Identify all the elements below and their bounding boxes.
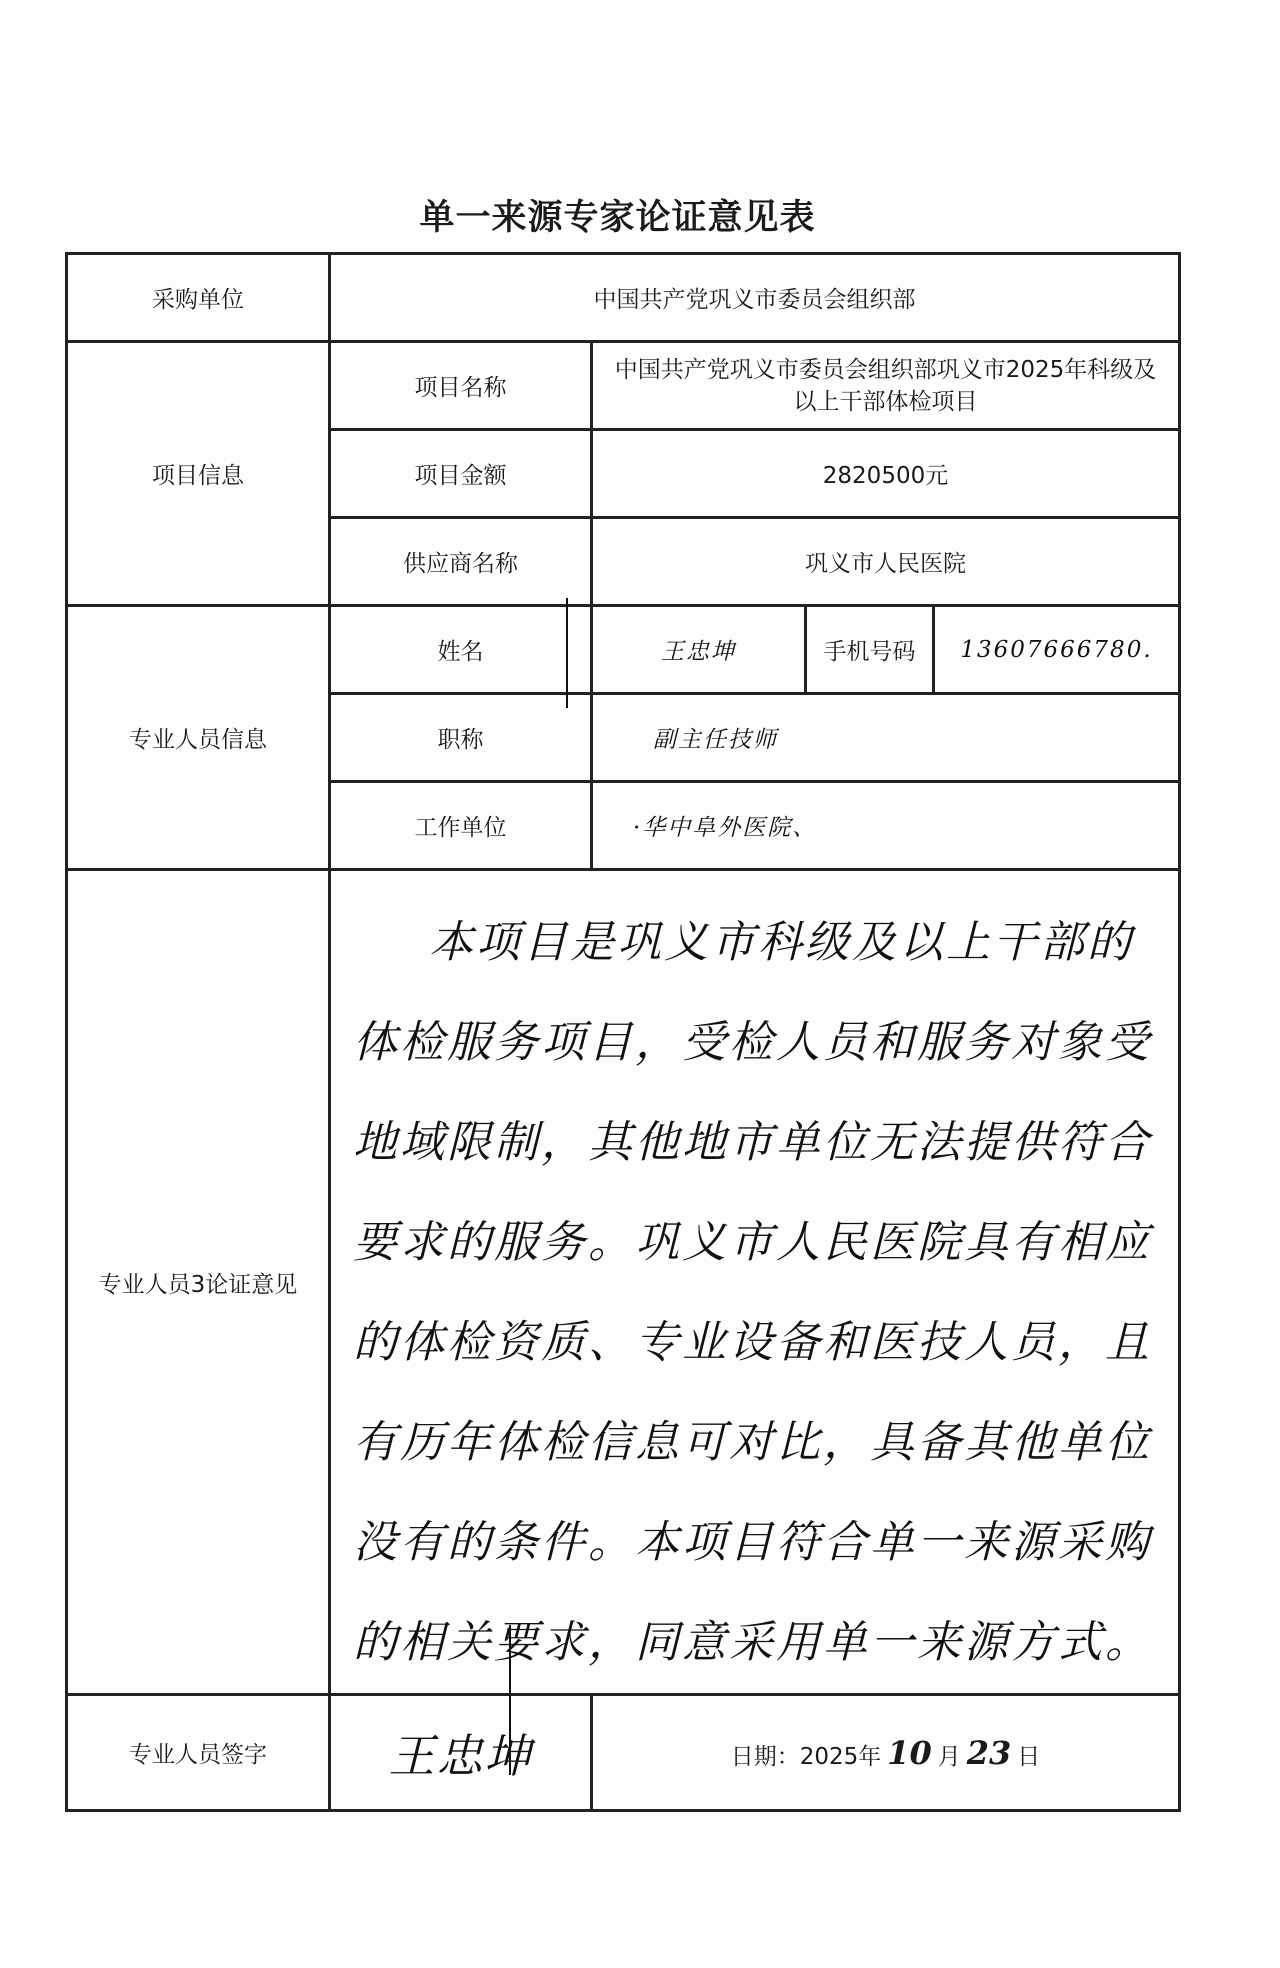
employer-label: 工作单位 — [330, 782, 592, 870]
supplier-value: 巩义市人民医院 — [592, 518, 1180, 606]
procurement-unit-label: 采购单位 — [67, 254, 330, 342]
row-expert-name: 专业人员信息 姓名 王忠坤 手机号码 13607666780. — [67, 606, 1180, 694]
supplier-label: 供应商名称 — [330, 518, 592, 606]
expert-title-label: 职称 — [330, 694, 592, 782]
signature-label: 专业人员签字 — [67, 1695, 330, 1811]
row-project-name: 项目信息 项目名称 中国共产党巩义市委员会组织部巩义市2025年科级及以上干部体… — [67, 342, 1180, 430]
signature-date: 日期：2025年10月23日 — [592, 1695, 1180, 1811]
expert-info-label: 专业人员信息 — [67, 606, 330, 870]
signature-handwritten: 王忠坤 — [330, 1695, 592, 1811]
row-signature: 专业人员签字 王忠坤 日期：2025年10月23日 — [67, 1695, 1180, 1811]
project-name-value: 中国共产党巩义市委员会组织部巩义市2025年科级及以上干部体检项目 — [592, 342, 1180, 430]
employer-handwritten: ·华中阜外医院、 — [592, 782, 1180, 870]
signature-pen-stroke — [509, 1625, 511, 1775]
phone-handwritten: 13607666780. — [934, 606, 1180, 694]
name-pen-stroke — [566, 598, 568, 708]
opinion-handwritten-text: 本项目是巩义市科级及以上干部的体检服务项目，受检人员和服务对象受地域限制，其他地… — [331, 871, 1178, 1693]
project-info-label: 项目信息 — [67, 342, 330, 606]
opinion-label: 专业人员3论证意见 — [67, 870, 330, 1695]
page-title: 单一来源专家论证意见表 — [0, 190, 1235, 240]
project-amount-value: 2820500元 — [592, 430, 1180, 518]
date-month-suffix: 月 — [938, 1744, 961, 1770]
project-name-label: 项目名称 — [330, 342, 592, 430]
expert-opinion-form: 采购单位 中国共产党巩义市委员会组织部 项目信息 项目名称 中国共产党巩义市委员… — [65, 252, 1181, 1812]
date-prefix: 日期：2025年 — [731, 1744, 882, 1770]
row-procurement-unit: 采购单位 中国共产党巩义市委员会组织部 — [67, 254, 1180, 342]
expert-name-handwritten: 王忠坤 — [592, 606, 806, 694]
expert-name-label: 姓名 — [330, 606, 592, 694]
date-month-handwritten: 10 — [887, 1734, 932, 1772]
opinion-cell: 本项目是巩义市科级及以上干部的体检服务项目，受检人员和服务对象受地域限制，其他地… — [330, 870, 1180, 1695]
date-day-handwritten: 23 — [967, 1734, 1012, 1772]
phone-label: 手机号码 — [806, 606, 934, 694]
row-opinion: 专业人员3论证意见 本项目是巩义市科级及以上干部的体检服务项目，受检人员和服务对… — [67, 870, 1180, 1695]
expert-title-handwritten: 副主任技师 — [592, 694, 1180, 782]
date-day-suffix: 日 — [1017, 1744, 1040, 1770]
project-amount-label: 项目金额 — [330, 430, 592, 518]
procurement-unit-value: 中国共产党巩义市委员会组织部 — [330, 254, 1180, 342]
